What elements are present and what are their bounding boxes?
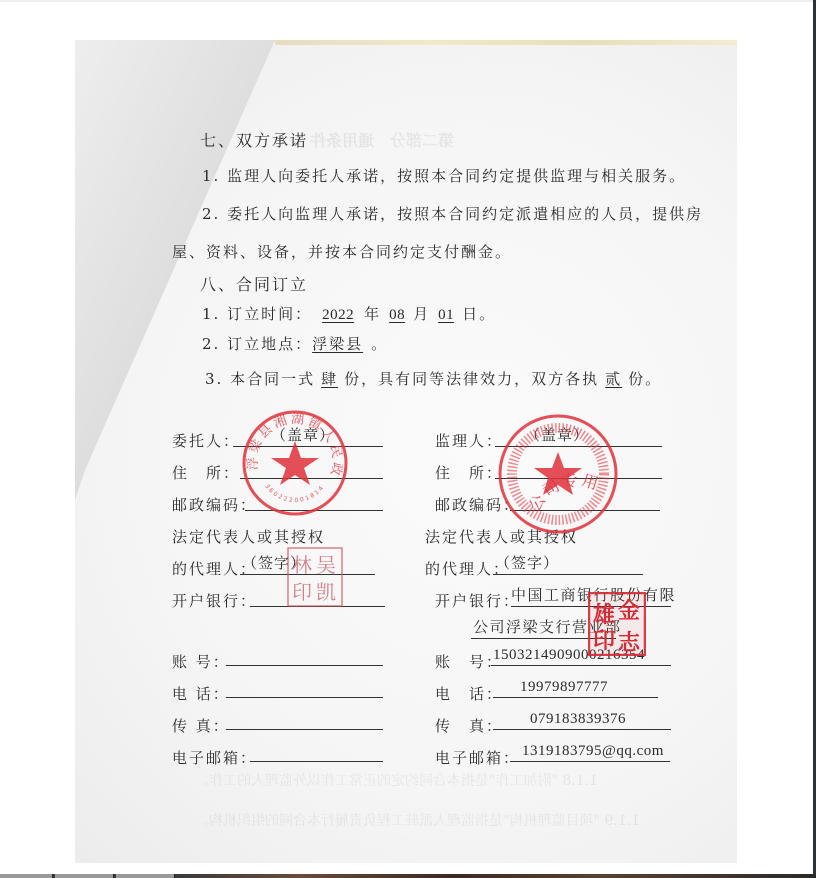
label: 2. 订立地点： <box>202 335 312 353</box>
supervisor-bank-label: 开户银行： <box>435 590 520 611</box>
section-heading: 八、合同订立 <box>200 272 308 295</box>
client-address-label: 住 所： <box>172 462 240 483</box>
label: 月 <box>413 305 430 323</box>
supervisor-name-label: 监理人： <box>435 430 503 451</box>
label: 。 <box>371 335 388 353</box>
label: 份，具有同等法律效力，双方各执 <box>344 370 599 388</box>
supervisor-phone-field: 19979897777 <box>493 679 658 698</box>
taskbar-button[interactable] <box>55 874 114 878</box>
client-phone-field <box>226 679 383 698</box>
copies-total: 肆 <box>315 370 344 388</box>
supervisor-account-field: 150321490900021635​4 <box>491 647 671 666</box>
fax-value: 079183839376 <box>530 711 626 728</box>
day-value: 01 <box>430 307 462 323</box>
paragraph: 2. 委托人向监理人承诺，按照本合同约定派遣相应的人员，提供房 <box>202 203 703 224</box>
supervisor-bank-field: 中国工商银行股份有限 <box>511 588 671 607</box>
client-postcode-field <box>245 492 383 511</box>
year-value: 2022 <box>312 307 364 323</box>
client-bank-field <box>250 588 385 607</box>
phone-value: 19979897777 <box>520 679 608 696</box>
label: 份。 <box>628 370 662 388</box>
copies-clause: 3. 本合同一式肆份，具有同等法律效力，双方各执贰份。 <box>205 368 662 389</box>
supervisor-email-field: 1319183795@qq.com <box>510 743 670 762</box>
client-phone-label: 电 话： <box>172 683 230 704</box>
supervisor-bank-field-line2: 公司浮梁支行营业部 <box>471 620 616 639</box>
client-signature-field: （签字） <box>240 556 375 575</box>
label: 3. 本合同一式 <box>205 370 315 388</box>
place-value: 浮梁县 <box>312 335 371 353</box>
client-fax-label: 传 真： <box>172 715 230 736</box>
client-email-field <box>250 743 383 762</box>
supervisor-postcode-field <box>510 492 660 511</box>
taskbar <box>0 874 816 878</box>
supervisor-email-label: 电子邮箱： <box>435 747 520 768</box>
signing-date: 1. 订立时间：2022年08月01日。 <box>202 303 496 324</box>
taskbar-button[interactable] <box>116 874 175 878</box>
client-seal-number: 3602220018142 <box>240 408 326 504</box>
sign-hint: （签字） <box>242 552 306 573</box>
label: 年 <box>364 305 381 323</box>
paragraph: 屋、资料、设备，并按本合同约定支付酬金。 <box>172 241 512 262</box>
bank-name-line2: 公司浮梁支行营业部 <box>473 616 622 637</box>
section-heading: 七、双方承诺 <box>200 128 308 151</box>
client-name-field: （盖章） <box>233 428 383 447</box>
supervisor-postcode-label: 邮政编码： <box>435 494 520 515</box>
client-address-field <box>240 460 383 479</box>
label: 1. 订立时间： <box>202 305 312 323</box>
contract-document: 七、双方承诺 1. 监理人向委托人承诺，按照本合同约定提供监理与相关服务。 2.… <box>0 0 816 878</box>
paragraph: 1. 监理人向委托人承诺，按照本合同约定提供监理与相关服务。 <box>202 165 686 186</box>
month-value: 08 <box>381 307 413 323</box>
sign-hint: （签字） <box>495 552 559 573</box>
supervisor-address-label: 住 所： <box>435 462 503 483</box>
copies-each: 贰 <box>599 370 628 388</box>
client-name-label: 委托人： <box>172 430 240 451</box>
supervisor-name-field: （盖章） <box>495 428 662 447</box>
account-value: 150321490900021635​4 <box>493 647 645 664</box>
seal-hint: （盖章） <box>271 424 335 445</box>
supervisor-address-field <box>495 460 662 479</box>
seal-hint: （盖章） <box>525 424 589 445</box>
client-account-label: 账 号： <box>172 651 230 672</box>
bank-name-line1: 中国工商银行股份有限 <box>511 584 676 605</box>
label: 日。 <box>462 305 496 323</box>
svg-text:3602220018142: 3602220018142 <box>240 408 326 504</box>
signing-place: 2. 订立地点：浮梁县。 <box>202 333 388 354</box>
email-value: 1319183795@qq.com <box>522 743 664 760</box>
client-bank-label: 开户银行： <box>172 590 257 611</box>
client-account-field <box>226 647 383 666</box>
client-email-label: 电子邮箱： <box>172 747 257 768</box>
supervisor-rep-label: 法定代表人或其授权 <box>425 526 578 547</box>
client-fax-field <box>226 711 383 730</box>
client-rep-label: 法定代表人或其授权 <box>172 526 325 547</box>
supervisor-signature-field: （签字） <box>493 556 643 575</box>
supervisor-fax-field: 079183839376 <box>493 711 671 730</box>
taskbar-button[interactable] <box>0 874 53 878</box>
